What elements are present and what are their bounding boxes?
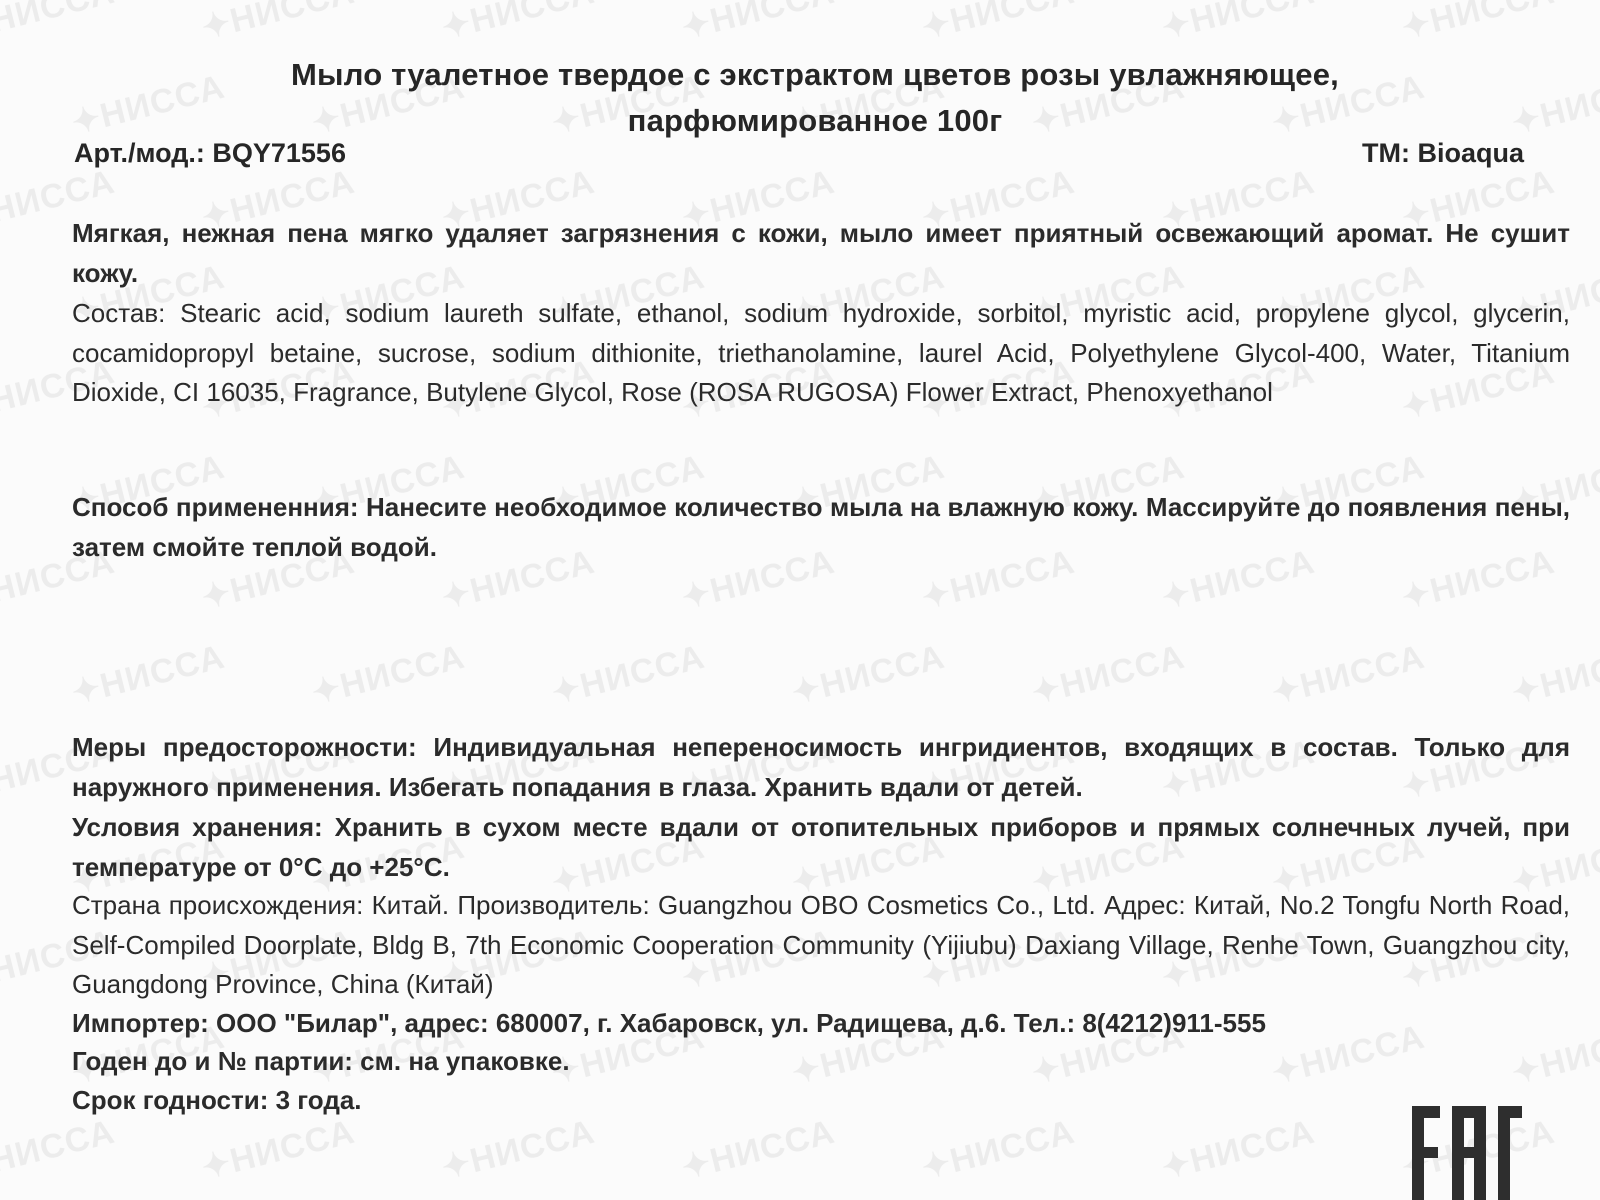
watermark-text: ✦НИССА xyxy=(1267,637,1428,714)
watermark-text: ✦НИССА xyxy=(67,637,228,714)
watermark-text: ✦НИССА xyxy=(677,0,838,48)
watermark-text: ✦НИССА xyxy=(437,0,598,48)
watermark-text: ✦НИССА xyxy=(0,0,119,48)
composition-text: Состав: Stearic acid, sodium laureth sul… xyxy=(72,294,1570,413)
watermark-text: ✦НИССА xyxy=(1157,1112,1318,1189)
watermark-text: ✦НИССА xyxy=(1157,0,1318,48)
product-title: Мыло туалетное твердое с экстрактом цвет… xyxy=(150,52,1480,144)
watermark-text: ✦НИССА xyxy=(0,1112,119,1189)
watermark-text: ✦НИССА xyxy=(787,637,948,714)
usage-text: Способ примененния: Нанесите необходимое… xyxy=(72,488,1570,567)
article-number: Арт./мод.: BQY71556 xyxy=(74,138,346,169)
watermark-text: ✦НИССА xyxy=(677,1112,838,1189)
trademark: ТМ: Bioaqua xyxy=(1362,138,1524,169)
watermark-text: ✦НИССА xyxy=(547,637,708,714)
watermark-text: ✦НИССА xyxy=(1027,637,1188,714)
watermark-text: ✦НИССА xyxy=(1507,67,1600,144)
importer-text: Импортер: ООО "Билар", адрес: 680007, г.… xyxy=(72,1004,1570,1044)
batch-text: Годен до и № партии: см. на упаковке. xyxy=(72,1042,1570,1082)
watermark-text: ✦НИССА xyxy=(917,1112,1078,1189)
watermark-text: ✦НИССА xyxy=(1507,637,1600,714)
watermark-text: ✦НИССА xyxy=(197,1112,358,1189)
watermark-text: ✦НИССА xyxy=(307,637,468,714)
precautions-text: Меры предосторожности: Индивидуальная не… xyxy=(72,728,1570,807)
watermark-text: ✦НИССА xyxy=(437,1112,598,1189)
eac-certification-icon xyxy=(1412,1106,1522,1200)
watermark-text: ✦НИССА xyxy=(917,0,1078,48)
storage-text: Условия хранения: Хранить в сухом месте … xyxy=(72,808,1570,887)
watermark-text: ✦НИССА xyxy=(1397,0,1558,48)
watermark-text: ✦НИССА xyxy=(197,0,358,48)
description-text: Мягкая, нежная пена мягко удаляет загряз… xyxy=(72,214,1570,293)
origin-manufacturer-text: Страна происхождения: Китай. Производите… xyxy=(72,886,1570,1005)
shelf-life-text: Срок годности: 3 года. xyxy=(72,1081,1570,1121)
